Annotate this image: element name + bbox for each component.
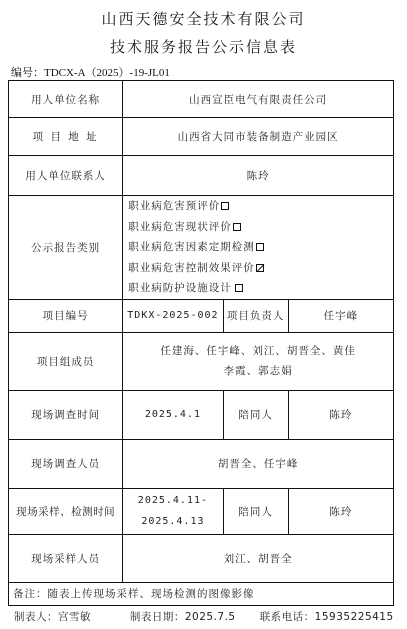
option-pre-evaluation[interactable]: 职业病危害预评价 bbox=[128, 196, 393, 217]
row-sampling-time: 现场采样、检测时间 2025.4.11- 2025.4.13 陪同人 陈玲 bbox=[9, 488, 394, 534]
checked-checkbox-icon[interactable] bbox=[256, 264, 264, 272]
value-project-number: TDKX-2025-002 bbox=[123, 299, 223, 332]
label-companion: 陪同人 bbox=[223, 390, 288, 439]
checkbox-icon[interactable] bbox=[235, 284, 243, 292]
row-project-number: 项目编号 TDKX-2025-002 项目负责人 任宇峰 bbox=[9, 299, 394, 332]
value-employer-contact: 陈玲 bbox=[123, 156, 394, 196]
option-protection-design[interactable]: 职业病防护设施设计 bbox=[128, 278, 393, 299]
option-periodic-detection[interactable]: 职业病危害因素定期检测 bbox=[128, 237, 393, 258]
report-category-options: 职业病危害预评价 职业病危害现状评价 职业病危害因素定期检测 职业病危害控制效果… bbox=[123, 196, 394, 300]
row-project-address: 项 目 地 址 山西省大同市装备制造产业园区 bbox=[9, 118, 394, 156]
row-employer-name: 用人单位名称 山西宣臣电气有限责任公司 bbox=[9, 81, 394, 118]
note-text: 备注：随表上传现场采样、现场检测的图像影像 bbox=[9, 582, 394, 605]
option-control-effect-evaluation[interactable]: 职业病危害控制效果评价 bbox=[128, 258, 393, 279]
label-report-category: 公示报告类别 bbox=[9, 196, 123, 300]
value-team-members: 任建海、任宇峰、刘江、胡晋全、黄佳 李霞、郭志娟 bbox=[123, 332, 394, 390]
value-project-leader: 任宇峰 bbox=[288, 299, 393, 332]
code-label: 编号： bbox=[11, 67, 44, 79]
contact-phone: 联系电话：15935225415 bbox=[260, 609, 394, 624]
row-report-category: 公示报告类别 职业病危害预评价 职业病危害现状评价 职业病危害因素定期检测 职业… bbox=[9, 196, 394, 300]
label-employer-contact: 用人单位联系人 bbox=[9, 156, 123, 196]
value-sampling-time: 2025.4.11- 2025.4.13 bbox=[123, 488, 223, 534]
value-survey-staff: 胡晋全、任宇峰 bbox=[123, 439, 394, 488]
checkbox-icon[interactable] bbox=[233, 223, 241, 231]
label-sampling-companion: 陪同人 bbox=[223, 488, 288, 534]
row-team-members: 项目组成员 任建海、任宇峰、刘江、胡晋全、黄佳 李霞、郭志娟 bbox=[9, 332, 394, 390]
label-team-members: 项目组成员 bbox=[9, 332, 123, 390]
code-value: TDCX-A（2025）-19-JL01 bbox=[44, 67, 170, 79]
label-project-address: 项 目 地 址 bbox=[9, 118, 123, 156]
row-survey-staff: 现场调查人员 胡晋全、任宇峰 bbox=[9, 439, 394, 488]
value-survey-time: 2025.4.1 bbox=[123, 390, 223, 439]
value-employer-name: 山西宣臣电气有限责任公司 bbox=[123, 81, 394, 118]
label-project-number: 项目编号 bbox=[9, 299, 123, 332]
company-name: 山西天德安全技术有限公司 bbox=[0, 8, 407, 29]
label-survey-time: 现场调查时间 bbox=[9, 390, 123, 439]
label-survey-staff: 现场调查人员 bbox=[9, 439, 123, 488]
row-sampling-staff: 现场采样人员 刘江、胡晋全 bbox=[9, 534, 394, 582]
row-employer-contact: 用人单位联系人 陈玲 bbox=[9, 156, 394, 196]
checkbox-icon[interactable] bbox=[256, 243, 264, 251]
label-project-leader: 项目负责人 bbox=[223, 299, 288, 332]
row-survey-time: 现场调查时间 2025.4.1 陪同人 陈玲 bbox=[9, 390, 394, 439]
value-sampling-staff: 刘江、胡晋全 bbox=[123, 534, 394, 582]
form-title: 技术服务报告公示信息表 bbox=[0, 36, 407, 57]
value-sampling-companion: 陈玲 bbox=[288, 488, 393, 534]
label-sampling-time: 现场采样、检测时间 bbox=[9, 488, 123, 534]
prepared-date: 制表日期：2025.7.5 bbox=[130, 609, 256, 624]
footer: 制表人：宫雪敏 制表日期：2025.7.5 联系电话：15935225415 bbox=[14, 609, 394, 624]
value-companion: 陈玲 bbox=[288, 390, 393, 439]
label-employer-name: 用人单位名称 bbox=[9, 81, 123, 118]
preparer: 制表人：宫雪敏 bbox=[14, 609, 126, 624]
info-table: 用人单位名称 山西宣臣电气有限责任公司 项 目 地 址 山西省大同市装备制造产业… bbox=[8, 80, 394, 606]
value-project-address: 山西省大同市装备制造产业园区 bbox=[123, 118, 394, 156]
row-note: 备注：随表上传现场采样、现场检测的图像影像 bbox=[9, 582, 394, 605]
checkbox-icon[interactable] bbox=[221, 202, 229, 210]
label-sampling-staff: 现场采样人员 bbox=[9, 534, 123, 582]
document-code: 编号：TDCX-A（2025）-19-JL01 bbox=[11, 64, 170, 80]
option-status-evaluation[interactable]: 职业病危害现状评价 bbox=[128, 217, 393, 238]
